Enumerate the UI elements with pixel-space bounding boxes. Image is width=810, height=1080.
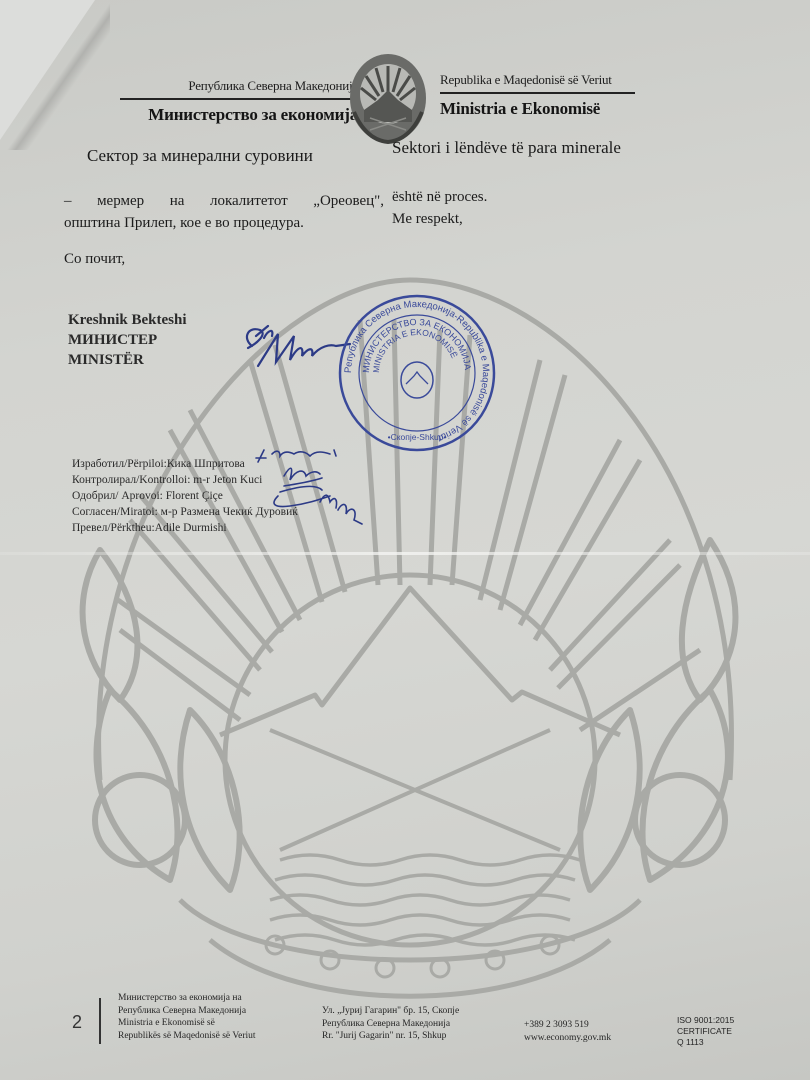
word: локалитетот <box>210 190 288 212</box>
footer-line: Ministria e Ekonomisë së <box>118 1017 256 1030</box>
al-ministry-label: Ministria e Ekonomisë <box>440 99 635 119</box>
mk-regards: Со почит, <box>64 248 125 270</box>
footer-line: Република Северна Македонија <box>322 1018 459 1031</box>
mk-line-1: – мермер на локалитетот „Ореовец", <box>64 190 384 212</box>
footer-line: Република Северна Македонија <box>118 1005 256 1018</box>
al-line-2: Me respekt, <box>392 208 487 230</box>
footer-line: Ул. „Јуриј Гагарин" бр. 15, Скопје <box>322 1005 459 1018</box>
credit-role: Контролирал/Kontrolloi: <box>72 474 190 486</box>
header-rule <box>440 92 635 94</box>
corner-shadow <box>0 0 110 150</box>
credit-person: Florent Çiçe <box>163 490 223 502</box>
footer-iso: ISO 9001:2015 CERTIFICATE Q 1113 <box>677 1015 734 1048</box>
al-republic-label: Republika e Maqedonisë së Veriut <box>440 72 635 88</box>
signatory-title-al: MINISTËR <box>68 350 187 370</box>
word: на <box>170 190 185 212</box>
footer-phone: +389 2 3093 519 <box>524 1019 611 1032</box>
footer-contact: +389 2 3093 519 www.economy.gov.mk <box>524 1019 611 1044</box>
footer-org: Министерство за економија на Република С… <box>118 992 256 1042</box>
stamp-emblem-icon <box>401 362 433 398</box>
al-sector-label: Sektori i lëndëve të para minerale <box>392 138 621 158</box>
mk-ministry-label: Министерство за економија <box>120 105 358 125</box>
mk-line-2: општина Прилеп, кое е во процедура. <box>64 212 384 234</box>
credit-person: Кика Шпритова <box>167 458 245 470</box>
word: – <box>64 190 72 212</box>
handwritten-initials-icon <box>250 446 380 536</box>
signatory-block: Kreshnik Bekteshi МИНИСТЕР MINISTËR <box>68 310 187 370</box>
mk-paragraph: – мермер на локалитетот „Ореовец", општи… <box>64 190 384 234</box>
footer-line: ISO 9001:2015 <box>677 1015 734 1026</box>
credit-person: Adile Durmishi <box>155 522 227 534</box>
mk-sector-label: Сектор за минерални суровини <box>87 146 313 166</box>
document-page: Република Северна Македонија Министерств… <box>0 0 810 1080</box>
footer-line: Rr. "Jurij Gagarin" nr. 15, Shkup <box>322 1030 459 1043</box>
stamp-city: •Скопје-Shkup• <box>388 432 447 442</box>
credit-role: Изработил/Përpiloi: <box>72 458 167 470</box>
word: „Ореовец", <box>313 190 384 212</box>
header-rule <box>120 98 358 100</box>
credit-role: Превел/Përktheu: <box>72 522 155 534</box>
al-line-1: është në proces. <box>392 186 487 208</box>
paper-fold-line <box>0 552 810 555</box>
footer-line: Министерство за економија на <box>118 992 256 1005</box>
official-stamp: Република Северна Македонија-Republika e… <box>336 292 498 454</box>
footer-divider <box>99 998 101 1044</box>
footer-line: Q 1113 <box>677 1037 734 1048</box>
header-al: Republika e Maqedonisë së Veriut Ministr… <box>440 72 635 119</box>
footer-address: Ул. „Јуриј Гагарин" бр. 15, Скопје Репуб… <box>322 1005 459 1043</box>
footer-website: www.economy.gov.mk <box>524 1032 611 1045</box>
mk-republic-label: Република Северна Македонија <box>120 78 358 94</box>
header-mk: Република Северна Македонија Министерств… <box>120 78 358 125</box>
footer-line: Republikës së Maqedonisë së Veriut <box>118 1030 256 1043</box>
footer-line: CERTIFICATE <box>677 1026 734 1037</box>
signatory-title-mk: МИНИСТЕР <box>68 330 187 350</box>
signatory-name: Kreshnik Bekteshi <box>68 310 187 330</box>
word: мермер <box>97 190 144 212</box>
credit-role: Согласен/Miratoi: <box>72 506 158 518</box>
al-paragraph: është në proces. Me respekt, <box>392 186 487 230</box>
page-number: 2 <box>72 1012 82 1033</box>
coat-of-arms-icon <box>346 52 430 144</box>
credit-role: Одобрил/ Aprovoi: <box>72 490 163 502</box>
